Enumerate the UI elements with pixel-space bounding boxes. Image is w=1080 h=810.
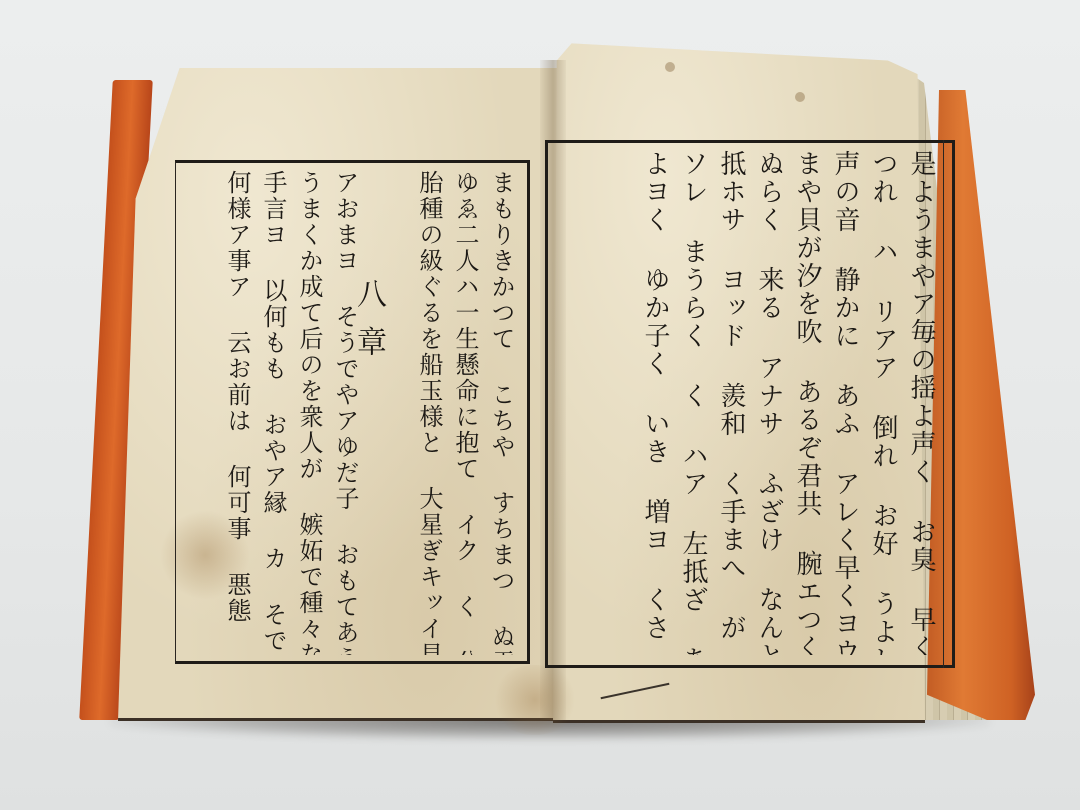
frame-rule [943,140,944,668]
text-column: まや貝が汐を吹 あるぞ君共 腕エつくまり [788,150,826,655]
text-column: ソレ まうらく く ハア 左抵ざ あぞく [674,150,712,655]
text-column: 胎種の級ぐるを船玉様と 大星ぎキッイ見立 [412,170,448,655]
text-column: アおまヨ そうでやアゆだ子 おもてあう かう [328,170,364,655]
text-column: ぬらく 来る アナサ ふざけ なんと 毎 君 [750,150,788,655]
text-column: 声の音 静かに あふ アレく早くヨウ イヤく [826,150,864,655]
text-column: まもりきかつて こちや すちまつ ぬ貢 方も [484,170,520,655]
photo-scene: 是ようまやア毎の揺よ声く お臭 早くされ つれ ハ リアア 倒れ お好 うよしく… [0,0,1080,810]
left-page-text: まもりきかつて こちや すちまつ ぬ貢 方も ゆゑ二人ハ一生懸命に抱て イク く… [190,170,520,655]
text-column: つれ ハ リアア 倒れ お好 うよしく 乞のの [864,150,902,655]
chapter-heading: 八章 [346,278,390,374]
water-stain [490,665,580,735]
chapter-spacer [364,170,412,655]
right-page-text: 是ようまやア毎の揺よ声く お臭 早くされ つれ ハ リアア 倒れ お好 うよしく… [560,150,940,655]
text-column: よヨく ゆか子く いき 増ヨ くさ お [636,150,674,655]
paper-spot [665,62,675,72]
paper-spot [795,92,805,102]
text-column: 抵ホサ ヨッド 羨和 く手まへ が 拭ませう [712,150,750,655]
text-column: うまくか成て后のを衆人が 嫉妬で種々な変 [292,170,328,655]
text-column: ゆゑ二人ハ一生懸命に抱て イク く 分別 [448,170,484,655]
text-column: 何様ア事ア 云お前は 何可事 悪態 [220,170,256,655]
text-column: 手言ヨ 以何もも おやア縁 カ そで [256,170,292,655]
text-column: 是ようまやア毎の揺よ声く お臭 早くされ [902,150,940,655]
